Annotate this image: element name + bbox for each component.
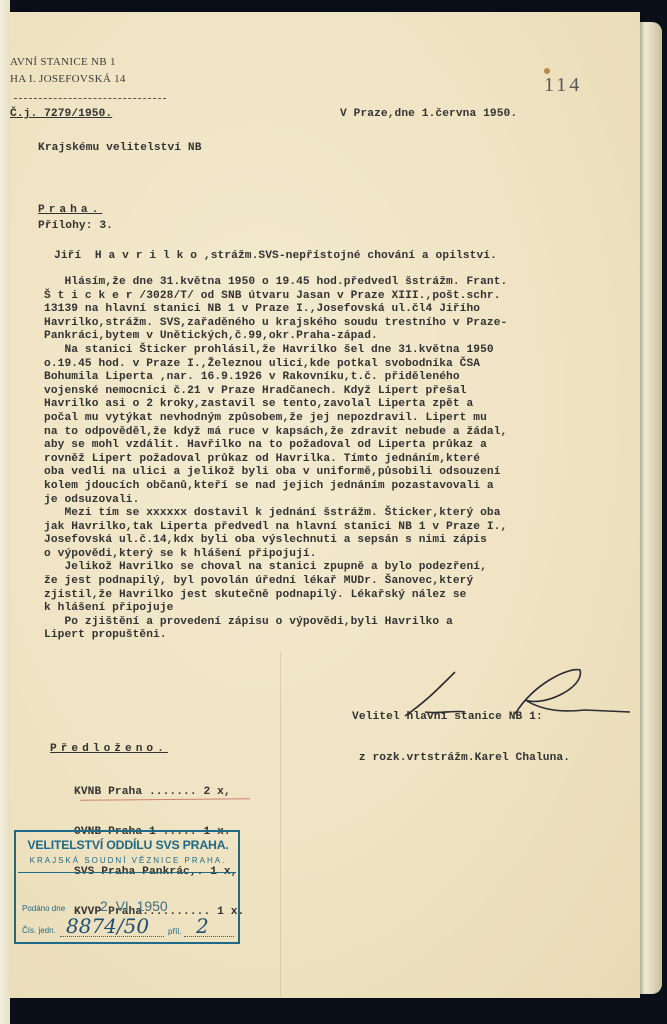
body-line: Havrilko asi o 2 kroky,zastavil se tento… [44, 398, 644, 412]
body-line: Mezi tím se xxxxxx dostavil k jednání šs… [44, 507, 644, 521]
distribution-item: KVNB Praha ....... 2 x, [74, 786, 244, 799]
stamp-title: VELITELSTVÍ ODDÍLU SVS PRAHA. [20, 838, 236, 852]
body-line: Po zjištění a provedení zápisu o výpověd… [44, 616, 644, 630]
letterhead-line-2: HA I. JOSEFOVSKÁ 14 [10, 71, 126, 88]
body-line: Josefovská ul.č.14,kdx byli oba výslechn… [44, 534, 644, 548]
reference-number: Č.j. 7279/1950. [10, 108, 112, 122]
stamp-attachments-value: 2 [196, 914, 209, 938]
body-line: zjistil,že Havrilko jest skutečně podnap… [44, 589, 644, 603]
stamp-dotted-line [184, 936, 234, 937]
signature-block: Velitel hlavní stanice NB 1: z rozk.vrts… [352, 684, 570, 793]
stamp-submitted-label: Podáno dne [22, 904, 65, 913]
body-line: Hlásím,že dne 31.května 1950 o 19.45 hod… [44, 276, 644, 290]
stamp-dotted-line [60, 936, 164, 937]
body-line: oba vedli na ulici a jelikož byli oba v … [44, 466, 644, 480]
document-page: AVNÍ STANICE NB 1 HA I. JOSEFOVSKÁ 14 11… [10, 12, 640, 998]
body-line: na to odpověděl,že když má ruce v kapsác… [44, 426, 644, 440]
body-line: jak Havrilko,tak Liperta předvedl na hla… [44, 521, 644, 535]
body-line: 13139 na hlavní stanici NB 1 v Praze I.,… [44, 303, 644, 317]
body-line: že jest podnapilý, byl povolán úřední lé… [44, 575, 644, 589]
folio-number: 114 [544, 74, 582, 97]
distribution-title: Předloženo. [50, 743, 168, 757]
body-line: o výpovědi,který se k hlášení připojují. [44, 548, 644, 562]
stamp-divider [18, 872, 236, 873]
letterhead-line-1: AVNÍ STANICE NB 1 [10, 54, 126, 71]
body-line: o.19.45 hod. v Praze I.,Železnou ulicí,k… [44, 358, 644, 372]
signature-title: Velitel hlavní stanice NB 1: [352, 711, 570, 725]
letterhead-stamp: AVNÍ STANICE NB 1 HA I. JOSEFOVSKÁ 14 [10, 54, 126, 88]
stamp-number-value: 8874/50 [66, 914, 149, 938]
subject-line: Jiří H a v r i l k o ,strážm.SVS-nepříst… [54, 250, 497, 264]
stamp-subtitle: KRAJSKÁ SOUDNÍ VĚZNICE PRAHA. [20, 856, 236, 865]
body-line: vojenské nemocnici č.21 v Praze Hradčane… [44, 385, 644, 399]
attachments: Přílohy: 3. [38, 220, 113, 234]
stamp-submitted-date: 2. VI. 1950 [100, 898, 168, 914]
body-line: je odsuzovali. [44, 494, 644, 508]
report-body: Hlásím,že dne 31.května 1950 o 19.45 hod… [44, 276, 644, 643]
body-line: k hlášení připojuje [44, 602, 644, 616]
receipt-stamp: VELITELSTVÍ ODDÍLU SVS PRAHA. KRAJSKÁ SO… [14, 830, 240, 944]
recipient-city: Praha. [38, 204, 102, 218]
recipient: Krajskému velitelství NB [38, 142, 202, 156]
body-line: Lipert propuštěni. [44, 629, 644, 643]
body-line: rovněž Lipert požadoval průkaz od Havril… [44, 453, 644, 467]
body-line: Bohumila Liperta ,nar. 16.9.1926 v Rakov… [44, 371, 644, 385]
binding-edge [0, 0, 10, 1024]
body-line: Š t i c k e r /3028/T/ od SNB útvaru Jas… [44, 290, 644, 304]
letterhead-divider [14, 98, 166, 99]
body-line: kolem jdoucích občanů,kteří se nad jejic… [44, 480, 644, 494]
body-line: aby se mohl vzdálit. Havřilko na to poža… [44, 439, 644, 453]
body-line: Na stanici Šticker prohlásil,že Havrilko… [44, 344, 644, 358]
body-line: počal mu vytýkat nevhodným způsobem,že j… [44, 412, 644, 426]
date-line: V Praze,dne 1.června 1950. [340, 108, 517, 122]
stamp-number-label: Čís. jedn. [22, 926, 56, 935]
body-line: Pankráci,bytem v Unětických,č.99,okr.Pra… [44, 330, 644, 344]
body-line: Havrilko,strážm. SVS,zařaděného u krajsk… [44, 317, 644, 331]
signature-name: z rozk.vrtstrážm.Karel Chaluna. [352, 752, 570, 766]
stamp-attachments-label: příl. [168, 927, 181, 936]
body-line: Jelikož Havrilko se choval na stanici zp… [44, 561, 644, 575]
